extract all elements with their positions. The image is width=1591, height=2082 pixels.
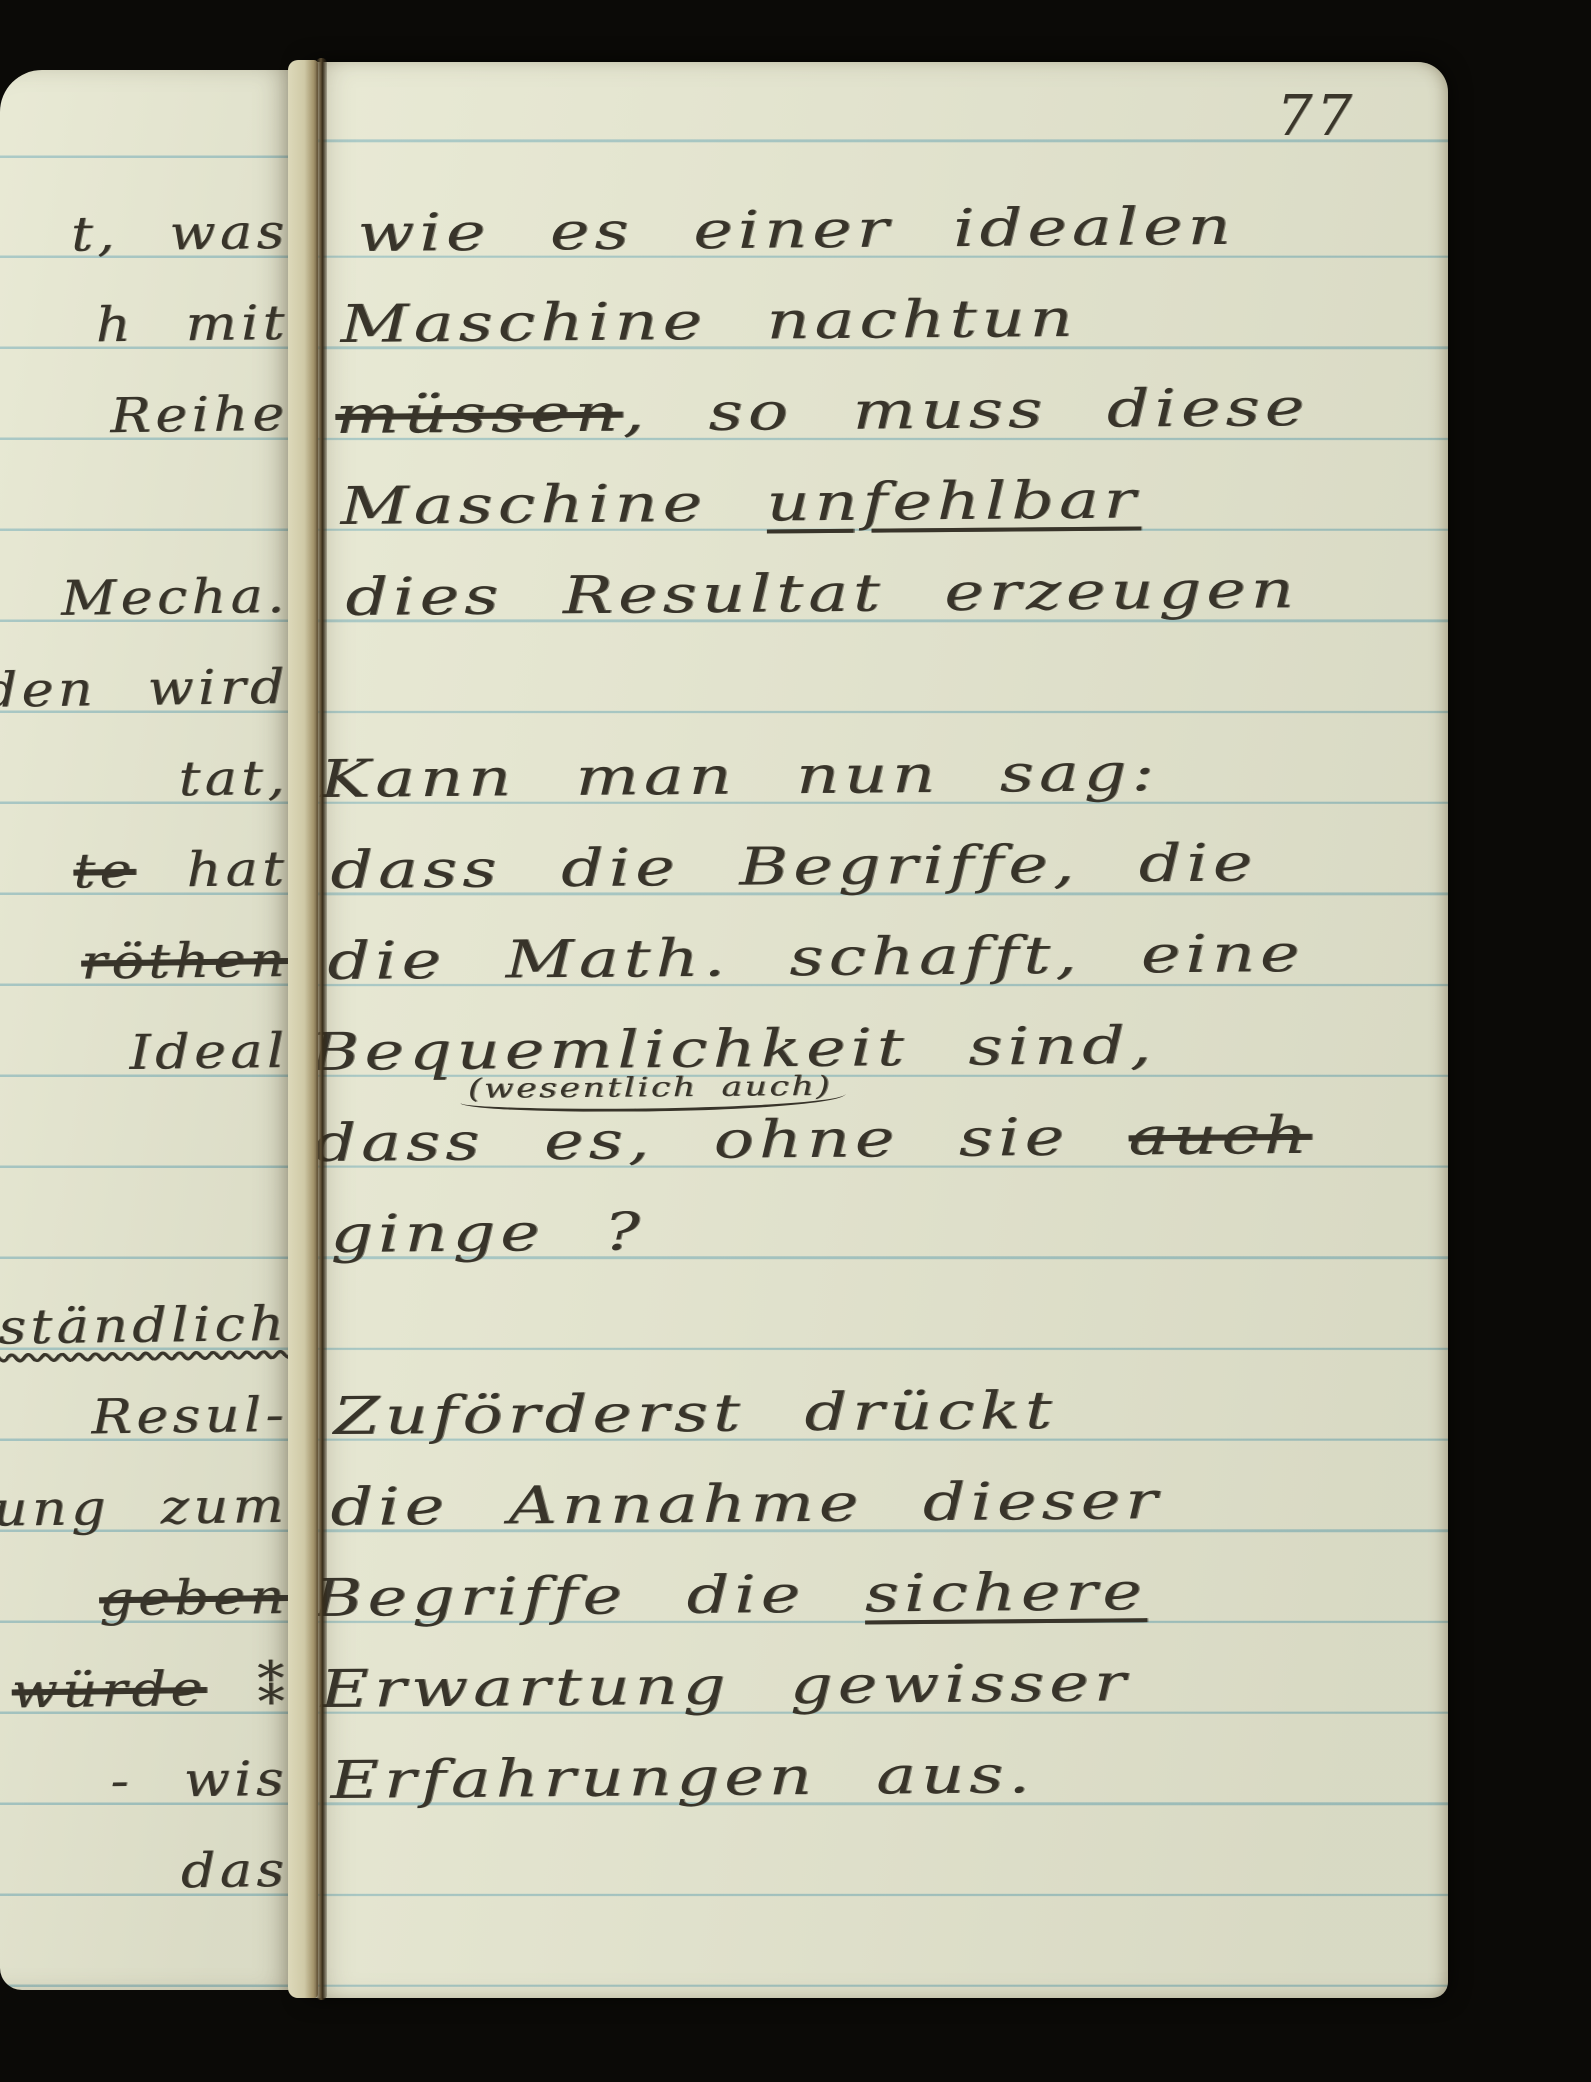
handwriting-line: die Annahme dieser bbox=[330, 1475, 1162, 1534]
right-page: 77 wie es einer idealen Maschine nachtun… bbox=[305, 62, 1448, 1998]
handwriting-text: den wird bbox=[0, 659, 289, 719]
handwriting-line: tat, bbox=[178, 754, 289, 803]
handwriting-text-underlined: sichere bbox=[864, 1562, 1147, 1624]
handwriting-text-struck: müssen bbox=[335, 384, 623, 446]
handwriting-line: t, was bbox=[71, 208, 289, 259]
handwriting-text: ginge ? bbox=[330, 1202, 646, 1265]
handwriting-text: ⁑ bbox=[206, 1660, 289, 1717]
handwriting-text: Erwartung gewisser bbox=[320, 1653, 1131, 1720]
handwriting-text: das bbox=[180, 1842, 288, 1899]
handwriting-line: - wis bbox=[110, 1755, 288, 1805]
handwriting-line: dass es, ohne sie auch bbox=[313, 1110, 1312, 1170]
interlinear-insertion: (wesentlich auch) bbox=[460, 1073, 845, 1103]
handwriting-line: Erfahrungen aus. bbox=[330, 1749, 1035, 1807]
handwriting-line: den wird bbox=[0, 663, 289, 715]
handwriting-line: ständlich bbox=[0, 1300, 289, 1352]
handwriting-text: Reihe bbox=[110, 386, 289, 444]
handwriting-text: die Math. schafft, eine bbox=[327, 924, 1305, 992]
handwriting-text-struck: röthen bbox=[80, 932, 288, 991]
notebook-scan: t, was h mit Reihe Mecha. den wird tat, … bbox=[0, 0, 1591, 2082]
handwriting-text: wie es einer idealen bbox=[357, 197, 1236, 264]
handwriting-line: müssen, so muss diese bbox=[335, 382, 1310, 442]
handwriting-line: wie es einer idealen bbox=[357, 201, 1236, 260]
handwriting-text: dass es, ohne sie bbox=[313, 1107, 1129, 1174]
handwriting-line: geben bbox=[99, 1573, 289, 1623]
handwriting-line: ung zum bbox=[0, 1482, 289, 1534]
handwriting-line: Erwartung gewisser bbox=[320, 1657, 1131, 1716]
handwriting-text: die Annahme dieser bbox=[330, 1471, 1163, 1538]
handwriting-text: Maschine bbox=[340, 474, 767, 537]
handwriting-text: , so muss diese bbox=[622, 378, 1309, 444]
handwriting-text: dass die Begriffe, die bbox=[330, 833, 1258, 901]
handwriting-line: ginge ? bbox=[330, 1206, 645, 1261]
handwriting-text: Begriffe die bbox=[313, 1564, 865, 1629]
handwriting-text: (wesentlich auch) bbox=[460, 1071, 845, 1113]
handwriting-text-struck: auch bbox=[1128, 1106, 1312, 1167]
left-page: t, was h mit Reihe Mecha. den wird tat, … bbox=[0, 70, 300, 1990]
handwriting-line: röthen bbox=[80, 936, 288, 987]
handwriting-text: dies Resultat erzeugen bbox=[345, 560, 1299, 628]
handwriting-text-struck: würde bbox=[11, 1661, 207, 1719]
handwriting-text: h mit bbox=[95, 295, 289, 353]
handwriting-text: Kann man nun sag: bbox=[320, 743, 1159, 810]
handwriting-text-struck: te bbox=[73, 843, 136, 900]
page-number: 77 bbox=[1277, 84, 1356, 149]
spine-crease bbox=[316, 58, 327, 2000]
handwriting-text: Maschine nachtun bbox=[340, 289, 1078, 355]
handwriting-line: Ideal bbox=[129, 1027, 289, 1077]
handwriting-text: t, was bbox=[71, 204, 289, 263]
handwriting-text: Mecha. bbox=[60, 568, 288, 627]
handwriting-line: te hat bbox=[73, 845, 289, 896]
handwriting-line: die Math. schafft, eine bbox=[327, 928, 1305, 988]
handwriting-line: Bequemlichkeit sind, bbox=[310, 1020, 1156, 1079]
handwriting-text-struck: geben bbox=[98, 1569, 288, 1627]
handwriting-text: Resul- bbox=[91, 1387, 289, 1445]
handwriting-line: Kann man nun sag: bbox=[320, 747, 1159, 806]
handwriting-line: das bbox=[181, 1846, 289, 1895]
handwriting-line: h mit bbox=[95, 299, 289, 349]
handwriting-text: tat, bbox=[178, 750, 289, 807]
handwriting-line: Reihe bbox=[110, 390, 289, 440]
handwriting-line: würde ⁑ bbox=[11, 1664, 289, 1715]
handwriting-line: Zuförderst drückt bbox=[333, 1385, 1057, 1443]
handwriting-text: Ideal bbox=[129, 1023, 289, 1081]
handwriting-line: dass die Begriffe, die bbox=[330, 837, 1258, 897]
handwriting-text: ung zum bbox=[0, 1478, 289, 1538]
handwriting-text-underlined: unfehlbar bbox=[766, 470, 1141, 533]
handwriting-text: Erfahrungen aus. bbox=[330, 1745, 1035, 1811]
handwriting-line: Begriffe die sichere bbox=[313, 1566, 1147, 1625]
torn-page-edge bbox=[288, 60, 318, 1998]
handwriting-text: Zuförderst drückt bbox=[333, 1381, 1057, 1447]
handwriting-line: Resul- bbox=[91, 1391, 288, 1441]
handwriting-line: Maschine nachtun bbox=[340, 293, 1078, 351]
handwriting-text: hat bbox=[136, 841, 289, 899]
handwriting-line: dies Resultat erzeugen bbox=[345, 564, 1299, 624]
handwriting-text: - wis bbox=[110, 1751, 288, 1809]
handwriting-line: Mecha. bbox=[60, 572, 288, 623]
handwriting-line: Maschine unfehlbar bbox=[340, 474, 1141, 533]
handwriting-text-underlined: ständlich bbox=[0, 1296, 289, 1356]
